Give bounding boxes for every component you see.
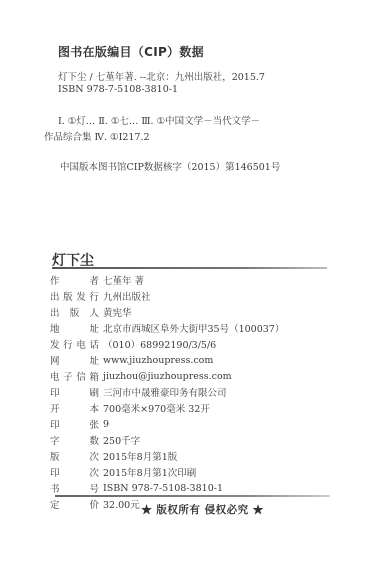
info-label-char: 址: [89, 353, 99, 367]
info-row: 电子信箱jiuzhou@jiuzhoupress.com: [50, 368, 284, 384]
book-info-table: 作者七堇年 著出版发行九州出版社出版人黄宪华地址北京市西城区阜外大街甲35号（1…: [50, 272, 284, 512]
info-row: 网址www.jiuzhoupress.com: [50, 352, 284, 368]
cip-classification-line: Ⅰ. ①灯… Ⅱ. ①七… Ⅲ. ①中国文学－当代文学－: [58, 113, 260, 127]
info-label: 书号: [50, 481, 99, 495]
info-value: 250千字: [103, 433, 140, 447]
info-label: 印刷: [50, 385, 99, 399]
info-label: 发行电话: [50, 337, 99, 351]
info-row: 开本700毫米×970毫米 32开: [50, 400, 284, 416]
info-label-char: 行: [89, 289, 99, 303]
info-label-char: 者: [89, 273, 99, 287]
info-label-char: 话: [89, 337, 99, 351]
cip-title: 图书在版编目（CIP）数据: [58, 43, 204, 60]
info-row: 发行电话（010）68992190/3/5/6: [50, 336, 284, 352]
info-value: 9: [103, 419, 109, 430]
info-label-char: 箱: [89, 369, 99, 383]
info-row: 书号ISBN 978-7-5108-3810-1: [50, 480, 284, 496]
info-label-char: 印: [50, 417, 60, 431]
info-label-char: 张: [89, 417, 99, 431]
info-value: 七堇年 著: [103, 273, 144, 287]
info-label: 字数: [50, 433, 99, 447]
info-value: 三河市中晟雅豪印务有限公司: [103, 385, 227, 399]
info-row: 出版人黄宪华: [50, 304, 284, 320]
copyright-notice: ★ 版权所有 侵权必究 ★: [0, 502, 375, 517]
info-label: 出版人: [50, 305, 99, 319]
info-label-char: 信: [76, 369, 86, 383]
info-row: 版次2015年8月第1版: [50, 448, 284, 464]
info-label: 开本: [50, 401, 99, 415]
info-label: 印张: [50, 417, 99, 431]
info-label: 作者: [50, 273, 99, 287]
info-label-char: 刷: [89, 385, 99, 399]
info-label-char: 电: [76, 337, 86, 351]
info-row: 出版发行九州出版社: [50, 288, 284, 304]
info-label: 地址: [50, 321, 99, 335]
cip-classification-line-cont: 作品综合集 Ⅳ. ①I217.2: [44, 129, 150, 143]
info-label-char: 数: [89, 433, 99, 447]
info-label-char: 本: [89, 401, 99, 415]
cip-verification-number: 中国版本图书馆CIP数据核字（2015）第146501号: [60, 159, 280, 173]
info-label-char: 地: [50, 321, 60, 335]
info-label-char: 出: [50, 289, 60, 303]
info-row: 印次2015年8月第1次印刷: [50, 464, 284, 480]
info-value: 700毫米×970毫米 32开: [103, 401, 210, 415]
info-label-char: 次: [89, 465, 99, 479]
info-value: 2015年8月第1版: [103, 449, 177, 463]
info-row: 印刷三河市中晟雅豪印务有限公司: [50, 384, 284, 400]
info-value: 九州出版社: [103, 289, 151, 303]
info-row: 地址北京市西城区阜外大街甲35号（100037）: [50, 320, 284, 336]
info-row: 印张9: [50, 416, 284, 432]
info-label-char: 书: [50, 481, 60, 495]
info-label-char: 版: [50, 449, 60, 463]
info-label: 印次: [50, 465, 99, 479]
bottom-rule: [55, 495, 330, 497]
info-label-char: 出: [50, 305, 60, 319]
info-label-char: 子: [63, 369, 73, 383]
info-label: 网址: [50, 353, 99, 367]
info-label-char: 开: [50, 401, 60, 415]
info-value: jiuzhou@jiuzhoupress.com: [103, 371, 232, 382]
info-label-char: 作: [50, 273, 60, 287]
cip-isbn-line: ISBN 978-7-5108-3810-1: [58, 84, 178, 95]
title-rule: [52, 267, 327, 269]
info-label-char: 发: [76, 289, 86, 303]
info-label-char: 发: [50, 337, 60, 351]
info-value: 北京市西城区阜外大街甲35号（100037）: [103, 321, 284, 335]
info-value: www.jiuzhoupress.com: [103, 355, 213, 366]
info-label-char: 行: [63, 337, 73, 351]
info-label: 版次: [50, 449, 99, 463]
info-label-char: 址: [89, 321, 99, 335]
info-label-char: 字: [50, 433, 60, 447]
info-row: 作者七堇年 著: [50, 272, 284, 288]
info-label: 出版发行: [50, 289, 99, 303]
info-label-char: 版: [63, 289, 73, 303]
info-label-char: 印: [50, 385, 60, 399]
info-value: 黄宪华: [103, 305, 132, 319]
info-label-char: 印: [50, 465, 60, 479]
cip-bibliographic-line: 灯下尘 / 七堇年著. --北京：九州出版社，2015.7: [58, 69, 265, 83]
info-value: 2015年8月第1次印刷: [103, 465, 196, 479]
info-label-char: 版: [70, 305, 80, 319]
info-label-char: 次: [89, 449, 99, 463]
info-label-char: 号: [89, 481, 99, 495]
info-label-char: 网: [50, 353, 60, 367]
info-value: ISBN 978-7-5108-3810-1: [103, 483, 223, 494]
info-label-char: 电: [50, 369, 60, 383]
info-value: （010）68992190/3/5/6: [103, 337, 216, 351]
info-label: 电子信箱: [50, 369, 99, 383]
info-row: 字数250千字: [50, 432, 284, 448]
info-label-char: 人: [89, 305, 99, 319]
